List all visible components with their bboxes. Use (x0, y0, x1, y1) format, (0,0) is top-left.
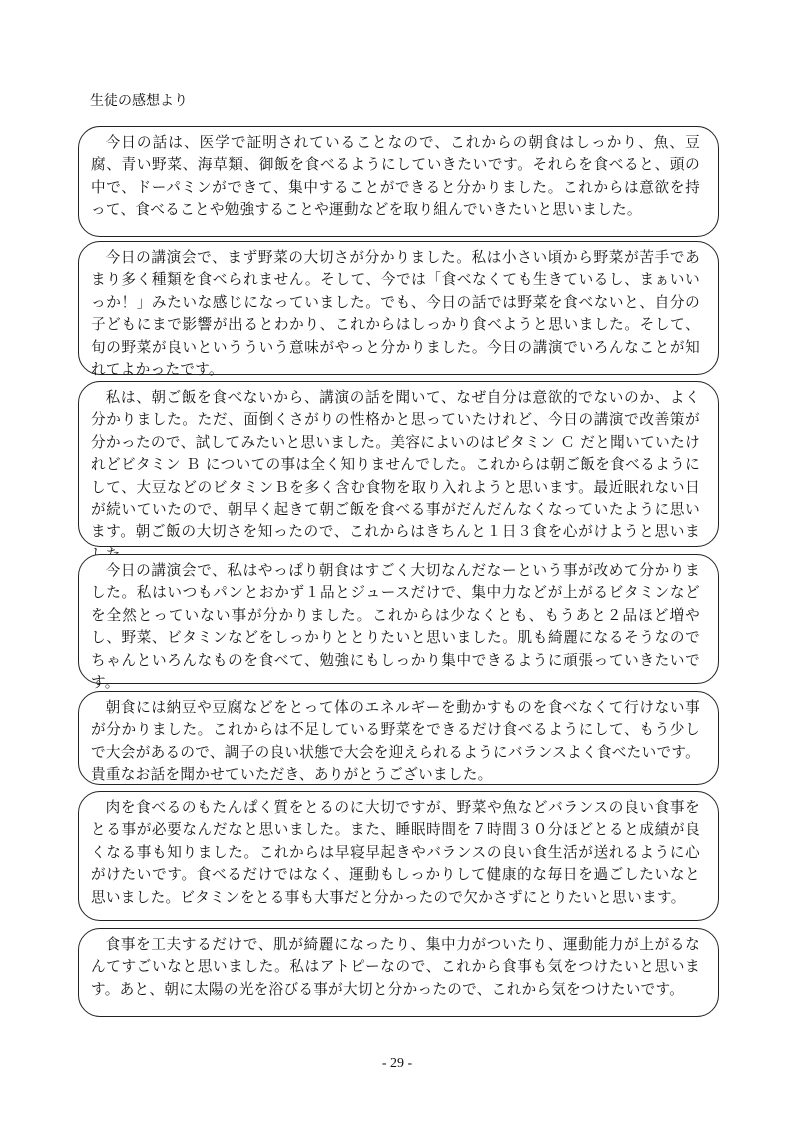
comment-text: 食事を工夫するだけで、肌が綺麗になったり、集中力がついたり、運動能力が上がるなん… (91, 934, 700, 1001)
comment-text: 朝食には納豆や豆腐などをとって体のエネルギーを動かすものを食べなくて行けない事が… (91, 697, 700, 787)
comment-box-1: 今日の話は、医学で証明されていることなので、これからの朝食はしっかり、魚、豆腐、… (78, 126, 719, 237)
comment-text: 私は、朝ご飯を食べないから、講演の話を聞いて、なぜ自分は意欲的でないのか、よく分… (91, 387, 700, 566)
comment-text: 肉を食べるのもたんぱく質をとるのに大切ですが、野菜や魚などバランスの良い食事をと… (91, 797, 700, 909)
comment-box-4: 今日の講演会で、私はやっぱり朝食はすごく大切なんだなーという事が改めて分かりまし… (78, 554, 719, 684)
comment-box-3: 私は、朝ご飯を食べないから、講演の話を聞いて、なぜ自分は意欲的でないのか、よく分… (78, 381, 719, 547)
page-number: - 29 - (0, 1055, 794, 1073)
comment-box-5: 朝食には納豆や豆腐などをとって体のエネルギーを動かすものを食べなくて行けない事が… (78, 691, 719, 785)
comment-text: 今日の講演会で、私はやっぱり朝食はすごく大切なんだなーという事が改めて分かりまし… (91, 560, 700, 694)
comment-text: 今日の講演会で、まず野菜の大切さが分かりました。私は小さい頃から野菜が苦手であま… (91, 247, 700, 381)
comment-box-7: 食事を工夫するだけで、肌が綺麗になったり、集中力がついたり、運動能力が上がるなん… (78, 928, 719, 1017)
section-title: 生徒の感想より (90, 92, 188, 110)
comment-box-6: 肉を食べるのもたんぱく質をとるのに大切ですが、野菜や魚などバランスの良い食事をと… (78, 791, 719, 921)
comment-text: 今日の話は、医学で証明されていることなので、これからの朝食はしっかり、魚、豆腐、… (91, 132, 700, 222)
comment-box-2: 今日の講演会で、まず野菜の大切さが分かりました。私は小さい頃から野菜が苦手であま… (78, 241, 719, 375)
